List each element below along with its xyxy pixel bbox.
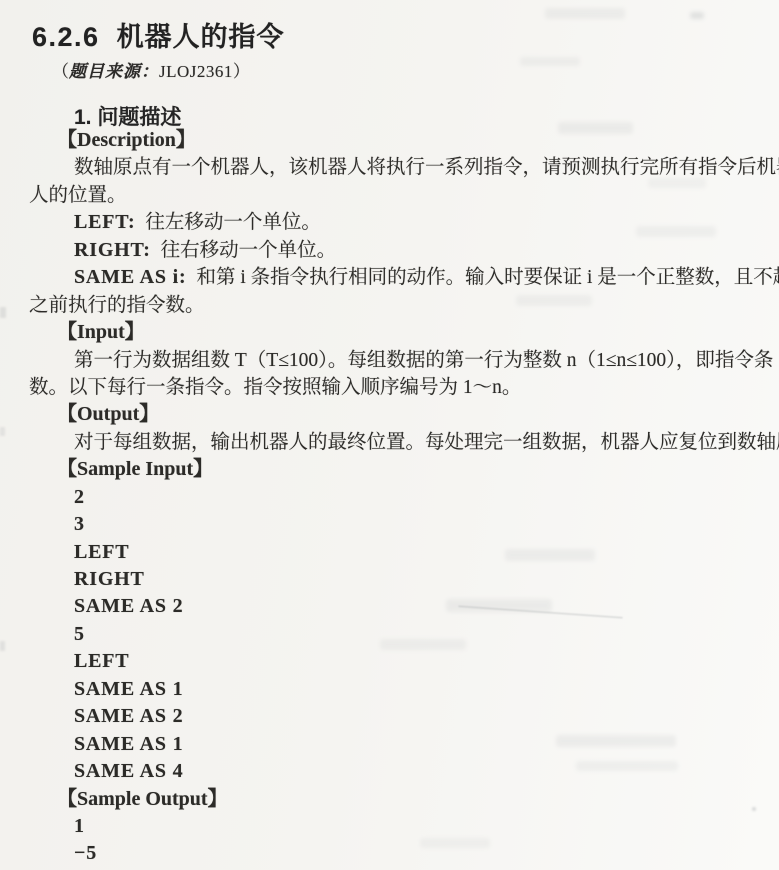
page-edge-mark xyxy=(0,307,6,318)
bleed-through-smudge xyxy=(505,549,595,561)
same-as-instruction-line-2: 之前执行的指令数。 xyxy=(0,292,779,319)
bleed-through-smudge xyxy=(558,122,633,134)
bleed-through-smudge xyxy=(576,761,678,771)
section-heading: 6.2.6机器人的指令 xyxy=(32,15,285,54)
bleed-through-smudge xyxy=(545,8,625,19)
same-as-instruction-line-1: SAME AS i:和第 i 条指令执行相同的动作。输入时要保证 i 是一个正整… xyxy=(0,264,779,291)
input-line-2: 数。以下每行一条指令。指令按照输入顺序编号为 1～n。 xyxy=(0,374,779,401)
bleed-through-smudge xyxy=(636,226,716,237)
sample-input-line-7: LEFT xyxy=(0,648,779,675)
scanned-book-page: 6.2.6机器人的指令 （题目来源：JLOJ2361） 1. 问题描述 【Des… xyxy=(0,0,779,870)
sample-output-line-2: −5 xyxy=(0,840,779,867)
bleed-through-smudge xyxy=(648,178,706,188)
output-header: 【Output】 xyxy=(0,401,779,428)
source-id: JLOJ2361 xyxy=(159,62,233,81)
section-number: 6.2.6 xyxy=(32,22,100,52)
sample-input-header: 【Sample Input】 xyxy=(0,456,779,483)
right-instruction-keyword: RIGHT: xyxy=(74,239,151,261)
source-paren-open: （ xyxy=(52,62,69,81)
same-as-instruction-keyword: SAME AS i: xyxy=(74,266,186,288)
source-label: 题目来源： xyxy=(69,62,159,81)
input-line-1: 第一行为数据组数 T（T≤100）。每组数据的第一行为整数 n（1≤n≤100）… xyxy=(0,347,779,374)
source-paren-close: ） xyxy=(233,62,250,81)
sample-input-line-3: LEFT xyxy=(0,539,779,566)
right-instruction-text: 往右移动一个单位。 xyxy=(161,240,337,261)
bleed-through-smudge xyxy=(420,838,490,848)
problem-body: 【Description】 数轴原点有一个机器人，该机器人将执行一系列指令，请预… xyxy=(0,127,779,868)
left-instruction-keyword: LEFT: xyxy=(74,211,135,233)
bleed-through-smudge xyxy=(380,639,466,650)
sample-output-line-1: 1 xyxy=(0,813,779,840)
output-line-1: 对于每组数据，输出机器人的最终位置。每处理完一组数据，机器人应复位到数轴原点。 xyxy=(0,429,779,456)
left-instruction-text: 往左移动一个单位。 xyxy=(145,212,321,233)
sample-input-line-2: 3 xyxy=(0,511,779,538)
sample-input-line-5: SAME AS 2 xyxy=(0,593,779,620)
section-title: 机器人的指令 xyxy=(117,22,285,52)
description-header: 【Description】 xyxy=(0,127,779,154)
sample-output-header: 【Sample Output】 xyxy=(0,786,779,813)
speck-mark xyxy=(752,807,756,811)
input-header: 【Input】 xyxy=(0,319,779,346)
right-instruction-line: RIGHT:往右移动一个单位。 xyxy=(0,237,779,264)
bleed-through-smudge xyxy=(690,12,704,19)
sample-input-line-1: 2 xyxy=(0,484,779,511)
sample-input-line-9: SAME AS 2 xyxy=(0,703,779,730)
bleed-through-smudge xyxy=(556,735,676,747)
sample-input-line-4: RIGHT xyxy=(0,566,779,593)
same-as-instruction-text-1: 和第 i 条指令执行相同的动作。输入时要保证 i 是一个正整数，且不超过 xyxy=(196,267,779,288)
bleed-through-smudge xyxy=(520,57,580,66)
page-edge-mark xyxy=(0,641,5,651)
bleed-through-smudge xyxy=(516,295,592,306)
problem-source: （题目来源：JLOJ2361） xyxy=(52,57,250,82)
page-edge-mark xyxy=(0,427,5,436)
sample-input-line-8: SAME AS 1 xyxy=(0,676,779,703)
